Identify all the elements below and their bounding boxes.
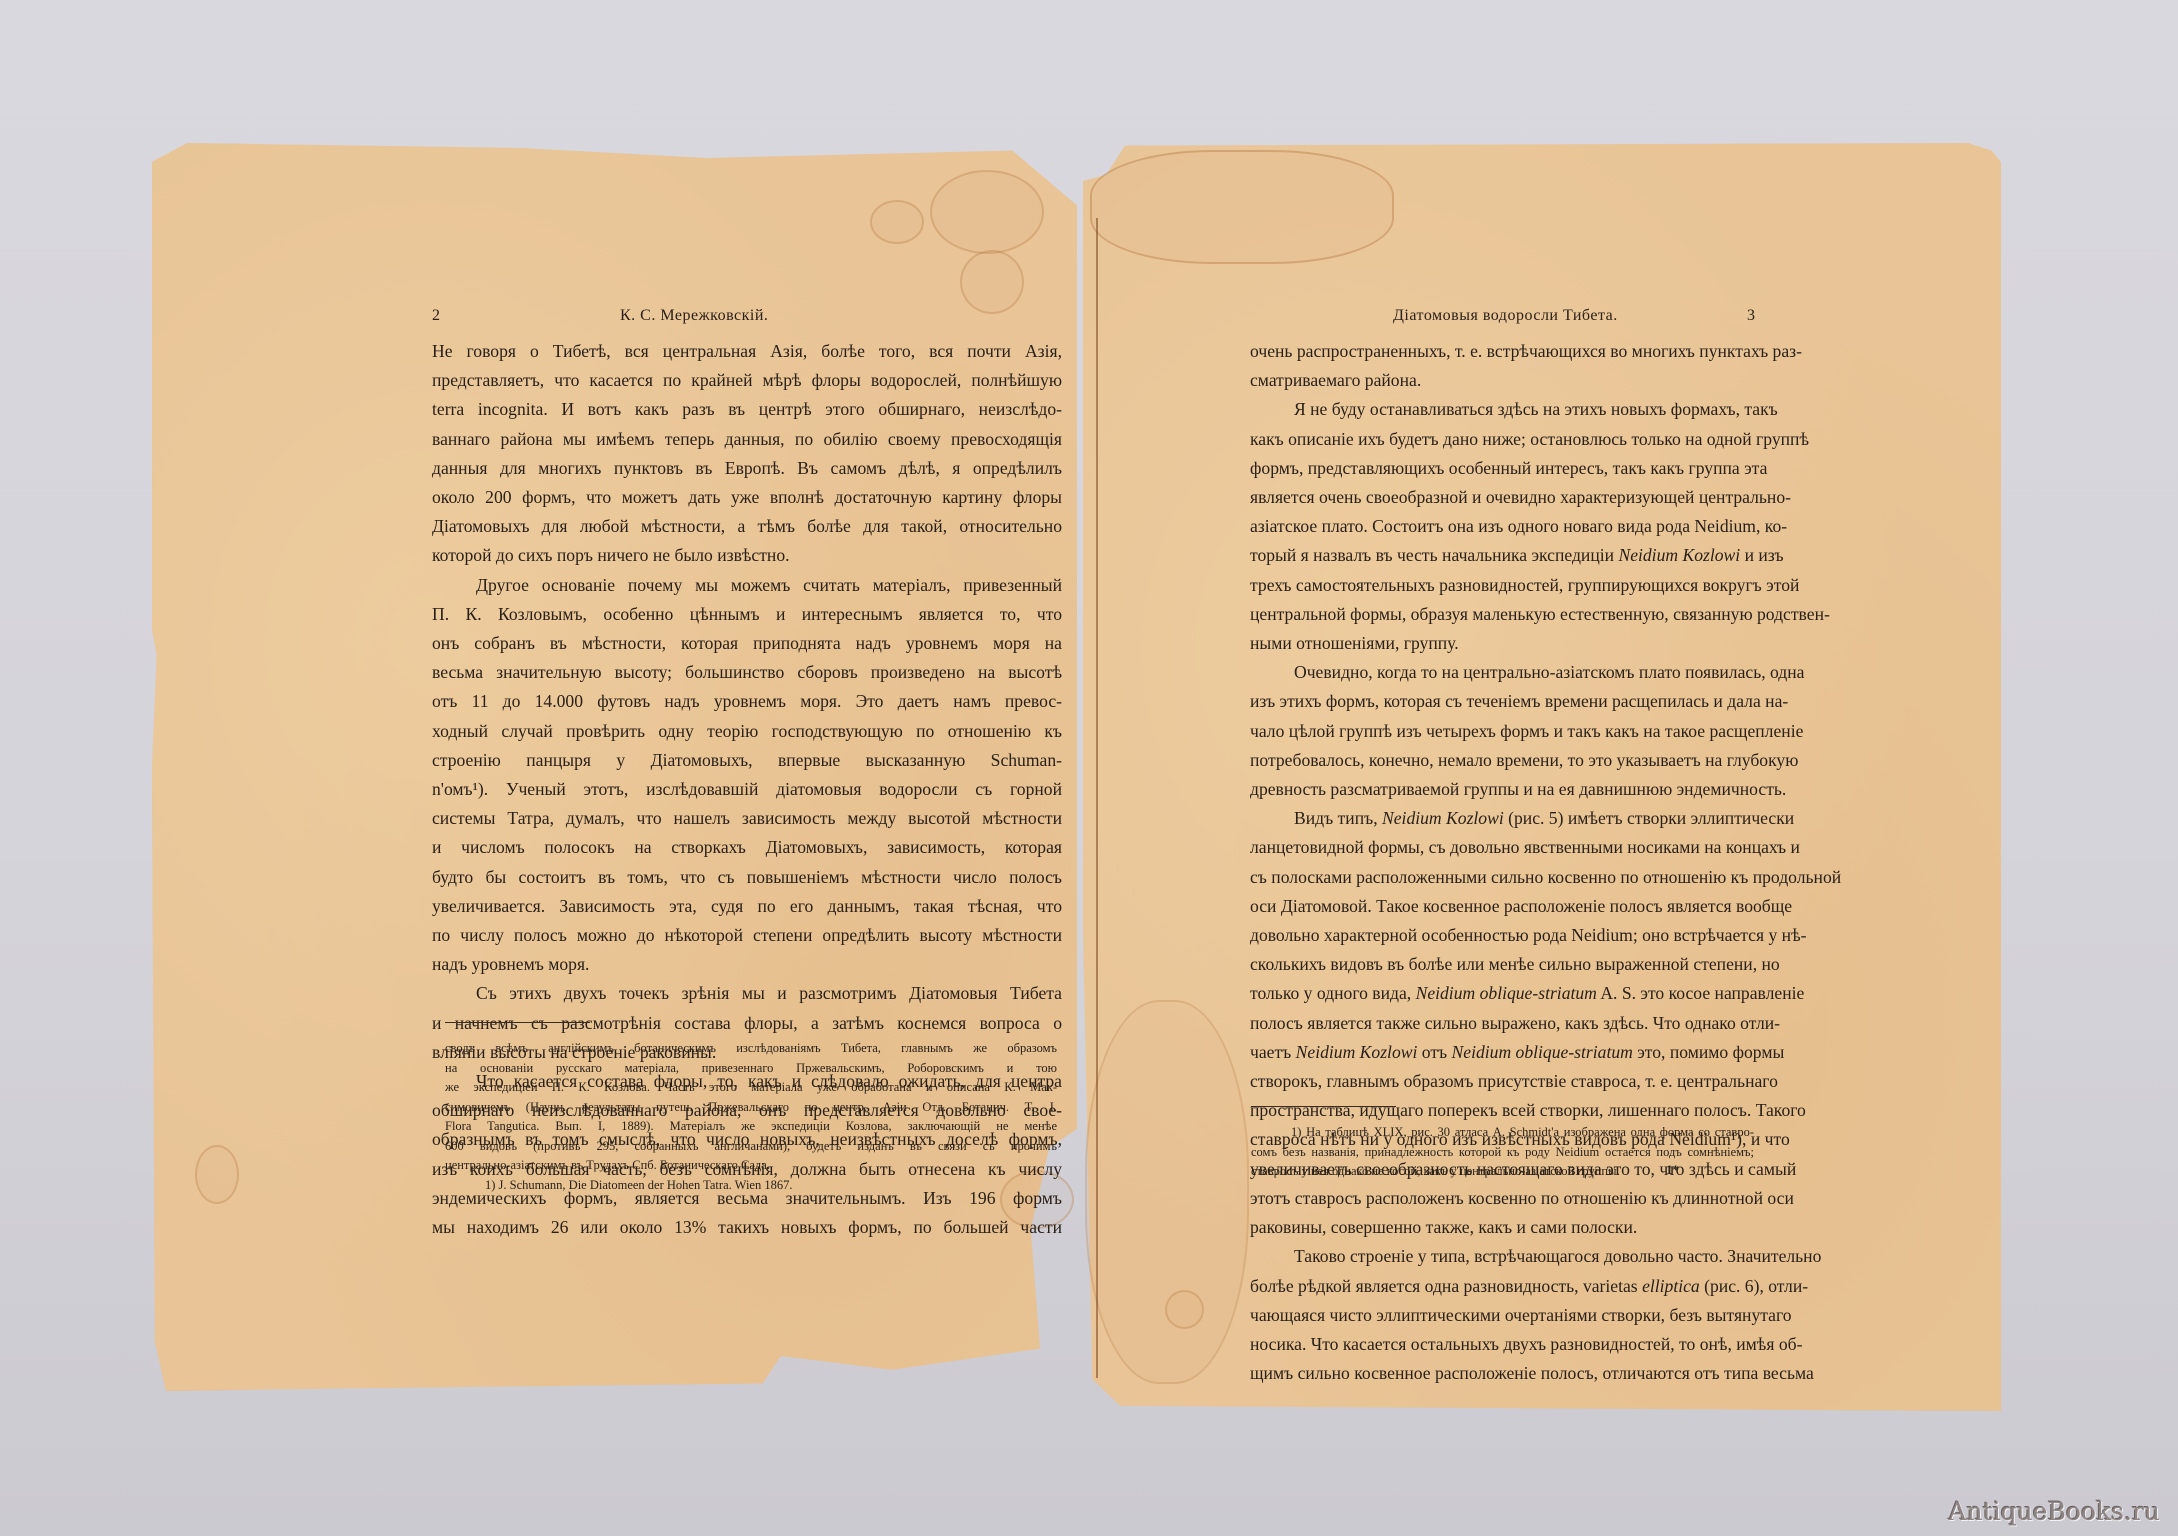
text-line: древность разсматриваемой группы и на ея… [1250, 775, 1754, 804]
text-line: довольно характерной особенностью рода N… [1250, 921, 1754, 950]
text-line: чаетъ Neidium Kozlowi отъ Neidium obliqu… [1250, 1038, 1754, 1067]
text-line: трехъ самостоятельныхъ разновидностей, г… [1250, 571, 1754, 600]
text-line: носика. Что касается остальныхъ двухъ ра… [1250, 1330, 1754, 1359]
footnote-line: 1) J. Schumann, Die Diatomeen der Hohen … [445, 1176, 1057, 1196]
text-line: является очень своеобразной и очевидно х… [1250, 483, 1754, 512]
footnote-rule [445, 1022, 590, 1023]
text-line: сколькихъ видовъ въ болѣе или менѣе силь… [1250, 950, 1754, 979]
text-line: ланцетовидной формы, съ довольно явствен… [1250, 833, 1754, 862]
right-page-body: очень распространенныхъ, т. е. встрѣчающ… [1250, 337, 1754, 1388]
text-line: Очевидно, когда то на центрально-азіатск… [1250, 658, 1754, 687]
footnote-line: же экспедиціей П. К. Козлова. Часть этог… [445, 1078, 1057, 1098]
footnote-line: сводъ всѣмъ англійскимъ ботаническимъ из… [445, 1039, 1057, 1059]
footnote-line: сомъ безъ названія, принадлежность котор… [1251, 1143, 1754, 1163]
text-line: формъ, представляющихъ особенный интерес… [1250, 454, 1754, 483]
left-running-head: К. С. Мережковскій. [620, 307, 768, 325]
text-line: раковины, совершенно также, какъ и сами … [1250, 1213, 1754, 1242]
text-line: торый я назвалъ въ честь начальника эксп… [1250, 541, 1754, 570]
text-line: строенію панцыря у Діатомовыхъ, впервые … [432, 746, 1062, 775]
text-line: Съ этихъ двухъ точекъ зрѣнія мы и разсмо… [432, 979, 1062, 1008]
left-page-number: 2 [432, 307, 441, 325]
text-line: ными отношеніями, группу. [1250, 629, 1754, 658]
text-line: этотъ ставросъ расположенъ косвенно по о… [1250, 1184, 1754, 1213]
text-line: какъ описаніе ихъ будетъ дано ниже; оста… [1250, 425, 1754, 454]
text-line: онъ собранъ въ мѣстности, которая припод… [432, 629, 1062, 658]
text-line: ходный случай провѣрить одну теорію госп… [432, 717, 1062, 746]
footnote-rule [1251, 1106, 1396, 1107]
text-line: terra incognita. И вотъ какъ разъ въ цен… [432, 395, 1062, 424]
text-line: очень распространенныхъ, т. е. встрѣчающ… [1250, 337, 1754, 366]
text-line: Не говоря о Тибетѣ, вся центральная Азія… [432, 337, 1062, 366]
footnote-line: Flora Tangutica. Вып. I, 1889). Матеріал… [445, 1117, 1057, 1137]
text-line: П. К. Козловымъ, особенно цѣннымъ и инте… [432, 600, 1062, 629]
footnote-line: 1) На таблицѣ XLIX, рис. 30 атласа A. Sc… [1251, 1123, 1754, 1143]
water-stain [930, 170, 1044, 254]
signature-mark: 1* [1666, 1162, 1679, 1178]
text-line: азіатское плато. Состоитъ она изъ одного… [1250, 512, 1754, 541]
text-line: створокъ, главнымъ образомъ присутствіе … [1250, 1067, 1754, 1096]
text-line: Видъ типъ, Neidium Kozlowi (рис. 5) имѣе… [1250, 804, 1754, 833]
text-line: болѣе рѣдкой является одна разновидность… [1250, 1272, 1754, 1301]
footnote-line: центрально-азіатскимъ въ Трудахъ Спб. Бо… [445, 1156, 1057, 1176]
left-page-footnotes: сводъ всѣмъ англійскимъ ботаническимъ из… [445, 1022, 1057, 1195]
text-line: системы Татра, думалъ, что нашелъ зависи… [432, 804, 1062, 833]
text-line: Таково строеніе у типа, встрѣчающагося д… [1250, 1242, 1754, 1271]
text-line: отъ 11 до 14.000 футовъ надъ уровнемъ мо… [432, 687, 1062, 716]
text-line: съ полосками расположенными сильно косве… [1250, 863, 1754, 892]
text-line: по числу полосъ можно до нѣкоторой степе… [432, 921, 1062, 950]
text-line: Я не буду останавливаться здѣсь на этихъ… [1250, 395, 1754, 424]
text-line: оси Діатомовой. Такое косвенное располож… [1250, 892, 1754, 921]
water-stain [1090, 150, 1394, 264]
right-running-head: Діатомовыя водоросли Тибета. [1393, 307, 1618, 325]
text-line: n'омъ¹). Ученый этотъ, изслѣдовавшій діа… [432, 775, 1062, 804]
text-line: будто бы состоитъ въ томъ, что съ повыше… [432, 863, 1062, 892]
text-line: ваннаго района мы имѣемъ теперь данныя, … [432, 425, 1062, 454]
watermark: AntiqueBooks.ru [1948, 1497, 2160, 1526]
right-page-number: 3 [1747, 307, 1756, 325]
text-line: которой до сихъ поръ ничего не было извѣ… [432, 541, 1062, 570]
text-line: и числомъ полосокъ на створкахъ Діатомов… [432, 833, 1062, 862]
text-line: щимъ сильно косвенное расположеніе полос… [1250, 1359, 1754, 1388]
text-line: надъ уровнемъ моря. [432, 950, 1062, 979]
water-stain [960, 250, 1024, 314]
text-line: Діатомовыхъ для любой мѣстности, а тѣмъ … [432, 512, 1062, 541]
water-stain [195, 1145, 239, 1204]
text-line: увеличивается. Зависимость эта, судя по … [432, 892, 1062, 921]
footnote-line: на основаніи русскаго матеріала, привезе… [445, 1059, 1057, 1079]
text-line: потребовалось, конечно, немало времени, … [1250, 746, 1754, 775]
text-line: чающаяся чисто эллиптическими очертаніям… [1250, 1301, 1754, 1330]
text-line: полосъ является также сильно выражено, к… [1250, 1009, 1754, 1038]
text-line: около 200 формъ, что можетъ дать уже впо… [432, 483, 1062, 512]
text-line: центральной формы, образуя маленькую ест… [1250, 600, 1754, 629]
text-line: изъ этихъ формъ, которая съ теченіемъ вр… [1250, 687, 1754, 716]
footnote-line: симовичемъ (Научн. результаты путеш. Прж… [445, 1098, 1057, 1118]
water-stain [1085, 1000, 1249, 1384]
text-line: представляетъ, что касается по крайней м… [432, 366, 1062, 395]
spine-fold [1096, 218, 1098, 1378]
text-line: сматриваемаго района. [1250, 366, 1754, 395]
text-line: мы находимъ 26 или около 13% такихъ новы… [432, 1213, 1062, 1242]
text-line: весьма значительную высоту; большинство … [432, 658, 1062, 687]
text-line: только у одного вида, Neidium oblique-st… [1250, 979, 1754, 1008]
water-stain [870, 200, 924, 244]
text-line: данныя для многихъ пунктовъ въ Европѣ. В… [432, 454, 1062, 483]
text-line: Другое основаніе почему мы можемъ считат… [432, 571, 1062, 600]
footnote-line: 600 видовъ (противъ 295, собранныхъ англ… [445, 1137, 1057, 1157]
text-line: чало цѣлой группѣ изъ четырехъ формъ и т… [1250, 717, 1754, 746]
